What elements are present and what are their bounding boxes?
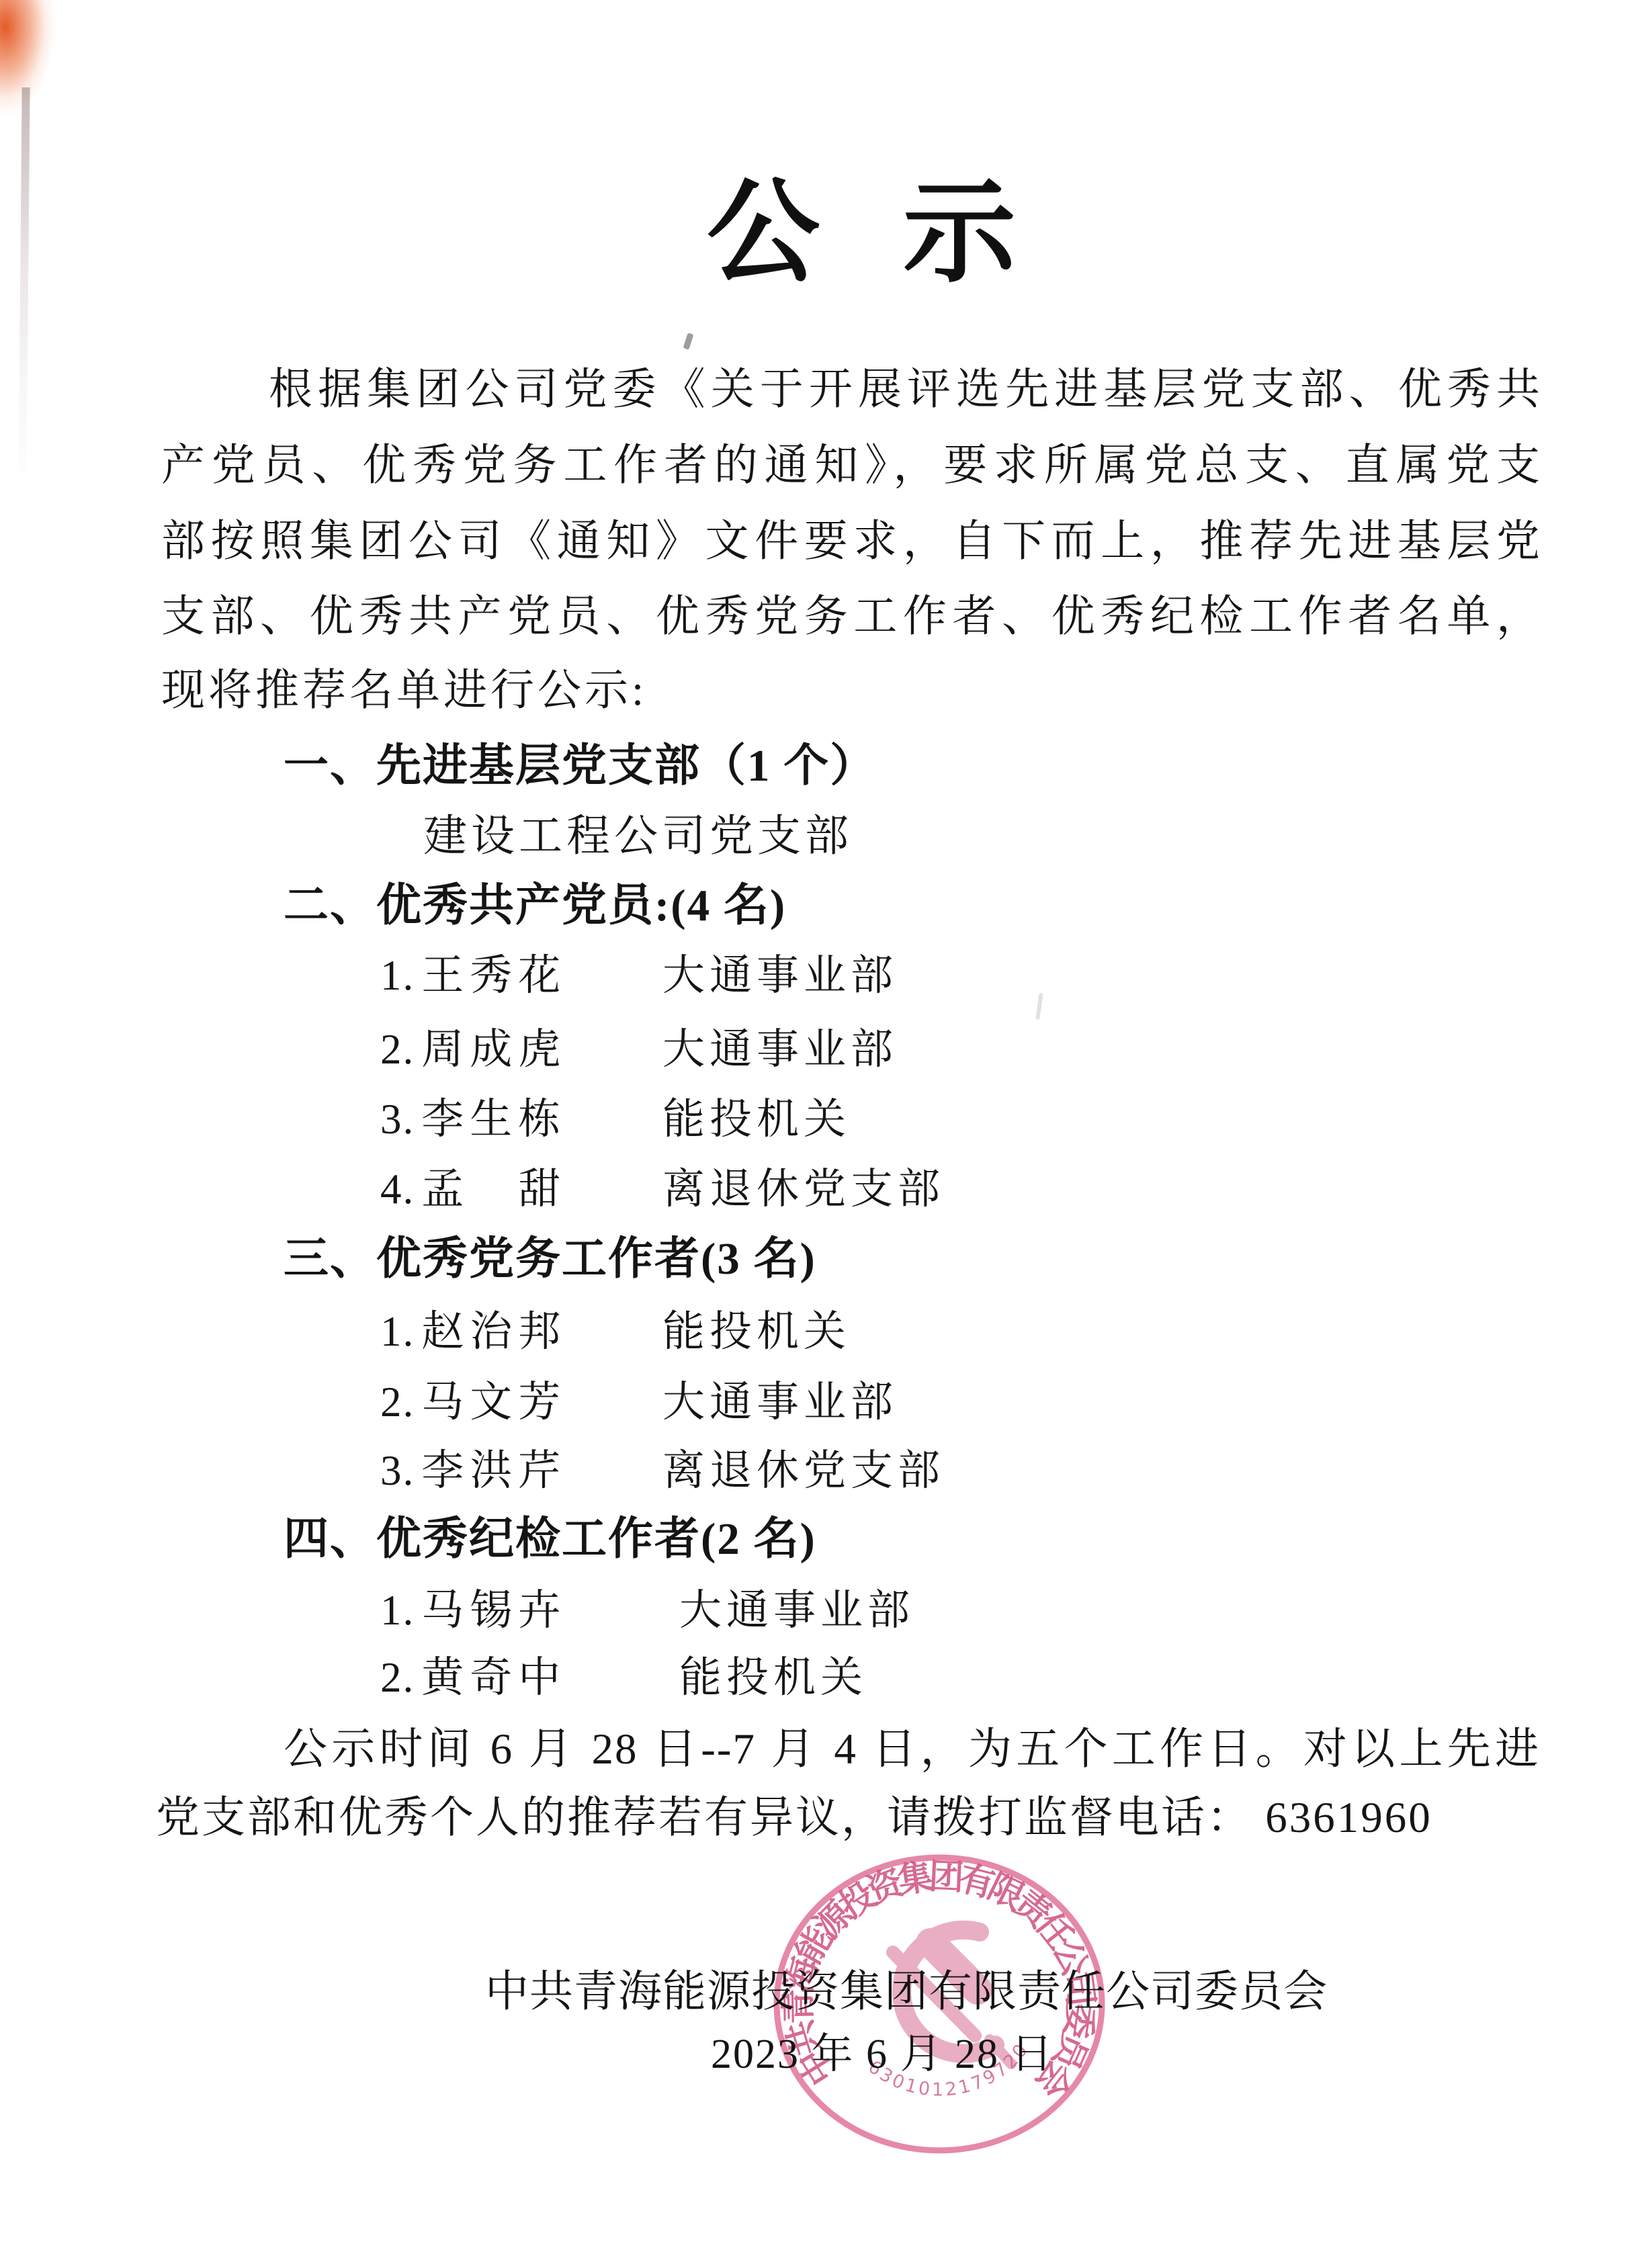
list-item: 1.马锡卉 大通事业部 xyxy=(380,1573,566,1648)
person-dept: 大通事业部 xyxy=(662,938,898,1013)
corner-ink-smudge xyxy=(0,0,108,215)
person-dept: 离退休党支部 xyxy=(662,1151,945,1227)
person-name: 黄奇中 xyxy=(421,1654,566,1701)
item-number: 1. xyxy=(380,1587,415,1634)
notice-page: 公 示 根据集团公司党委《关于开展评选先进基层党支部、优秀共 产党员、优秀党务工… xyxy=(0,0,1632,2268)
section-heading-1: 一、先进基层党支部（1 个） xyxy=(161,728,1540,803)
person-dept: 能投机关 xyxy=(662,1294,851,1369)
paragraph-line: 根据集团公司党委《关于开展评选先进基层党支部、优秀共 xyxy=(161,352,1540,427)
person-name: 赵治邦 xyxy=(421,1308,566,1355)
item-number: 2. xyxy=(380,1026,415,1073)
list-item: 4.孟 甜 离退休党支部 xyxy=(380,1151,566,1227)
item-number: 2. xyxy=(380,1654,415,1701)
person-name: 马锡卉 xyxy=(421,1587,566,1634)
list-item: 1.王秀花 大通事业部 xyxy=(380,938,566,1013)
left-edge-streak xyxy=(18,87,30,490)
person-dept: 离退休党支部 xyxy=(662,1433,945,1508)
list-item: 2.黄奇中 能投机关 xyxy=(380,1640,566,1715)
section-heading-3: 三、优秀党务工作者(3 名) xyxy=(161,1221,1540,1297)
paragraph-line: 产党员、优秀党务工作者的通知》，要求所属党总支、直属党支 xyxy=(161,428,1540,503)
item-number: 3. xyxy=(380,1096,415,1143)
person-name: 李洪芹 xyxy=(421,1447,566,1494)
closing-line: 党支部和优秀个人的推荐若有异议，请拨打监督电话： 6361960 xyxy=(156,1780,1535,1856)
person-dept: 大通事业部 xyxy=(679,1573,914,1648)
issue-date: 2023 年 6 月 28 日 xyxy=(711,2017,1054,2092)
closing-line: 公示时间 6 月 28 日--7 月 4 日，为五个工作日。对以上先进 xyxy=(161,1712,1540,1787)
paragraph-line: 支部、优秀共产党员、优秀党务工作者、优秀纪检工作者名单， xyxy=(161,579,1540,654)
person-name: 李生栋 xyxy=(421,1096,566,1143)
list-item: 2.周成虎 大通事业部 xyxy=(380,1012,566,1087)
person-name: 马文芳 xyxy=(421,1379,566,1426)
list-item: 1.赵治邦 能投机关 xyxy=(380,1294,566,1369)
person-name: 周成虎 xyxy=(421,1026,566,1073)
person-dept: 大通事业部 xyxy=(662,1364,898,1440)
item-number: 4. xyxy=(380,1166,415,1213)
list-item: 3.李生栋 能投机关 xyxy=(380,1082,566,1157)
item-number: 3. xyxy=(380,1447,415,1494)
item-number: 2. xyxy=(380,1379,415,1426)
section-heading-2: 二、优秀共产党员:(4 名) xyxy=(161,868,1540,943)
person-name: 王秀花 xyxy=(421,952,566,999)
section-heading-4: 四、优秀纪检工作者(2 名) xyxy=(161,1501,1540,1577)
list-item: 2.马文芳 大通事业部 xyxy=(380,1364,566,1440)
page-title: 公 示 xyxy=(707,167,1001,301)
section-1-entry: 建设工程公司党支部 xyxy=(161,799,1540,874)
list-item: 3.李洪芹 离退休党支部 xyxy=(380,1433,566,1508)
person-dept: 能投机关 xyxy=(662,1082,851,1157)
person-dept: 能投机关 xyxy=(679,1640,867,1715)
item-number: 1. xyxy=(380,1308,415,1355)
scan-speck xyxy=(1035,993,1043,1020)
person-dept: 大通事业部 xyxy=(662,1012,898,1087)
person-name: 孟 甜 xyxy=(421,1166,566,1213)
paragraph-line: 现将推荐名单进行公示: xyxy=(161,653,1540,728)
paragraph-line: 部按照集团公司《通知》文件要求，自下而上，推荐先进基层党 xyxy=(161,504,1540,579)
item-number: 1. xyxy=(380,952,415,999)
scan-speck xyxy=(683,333,694,350)
